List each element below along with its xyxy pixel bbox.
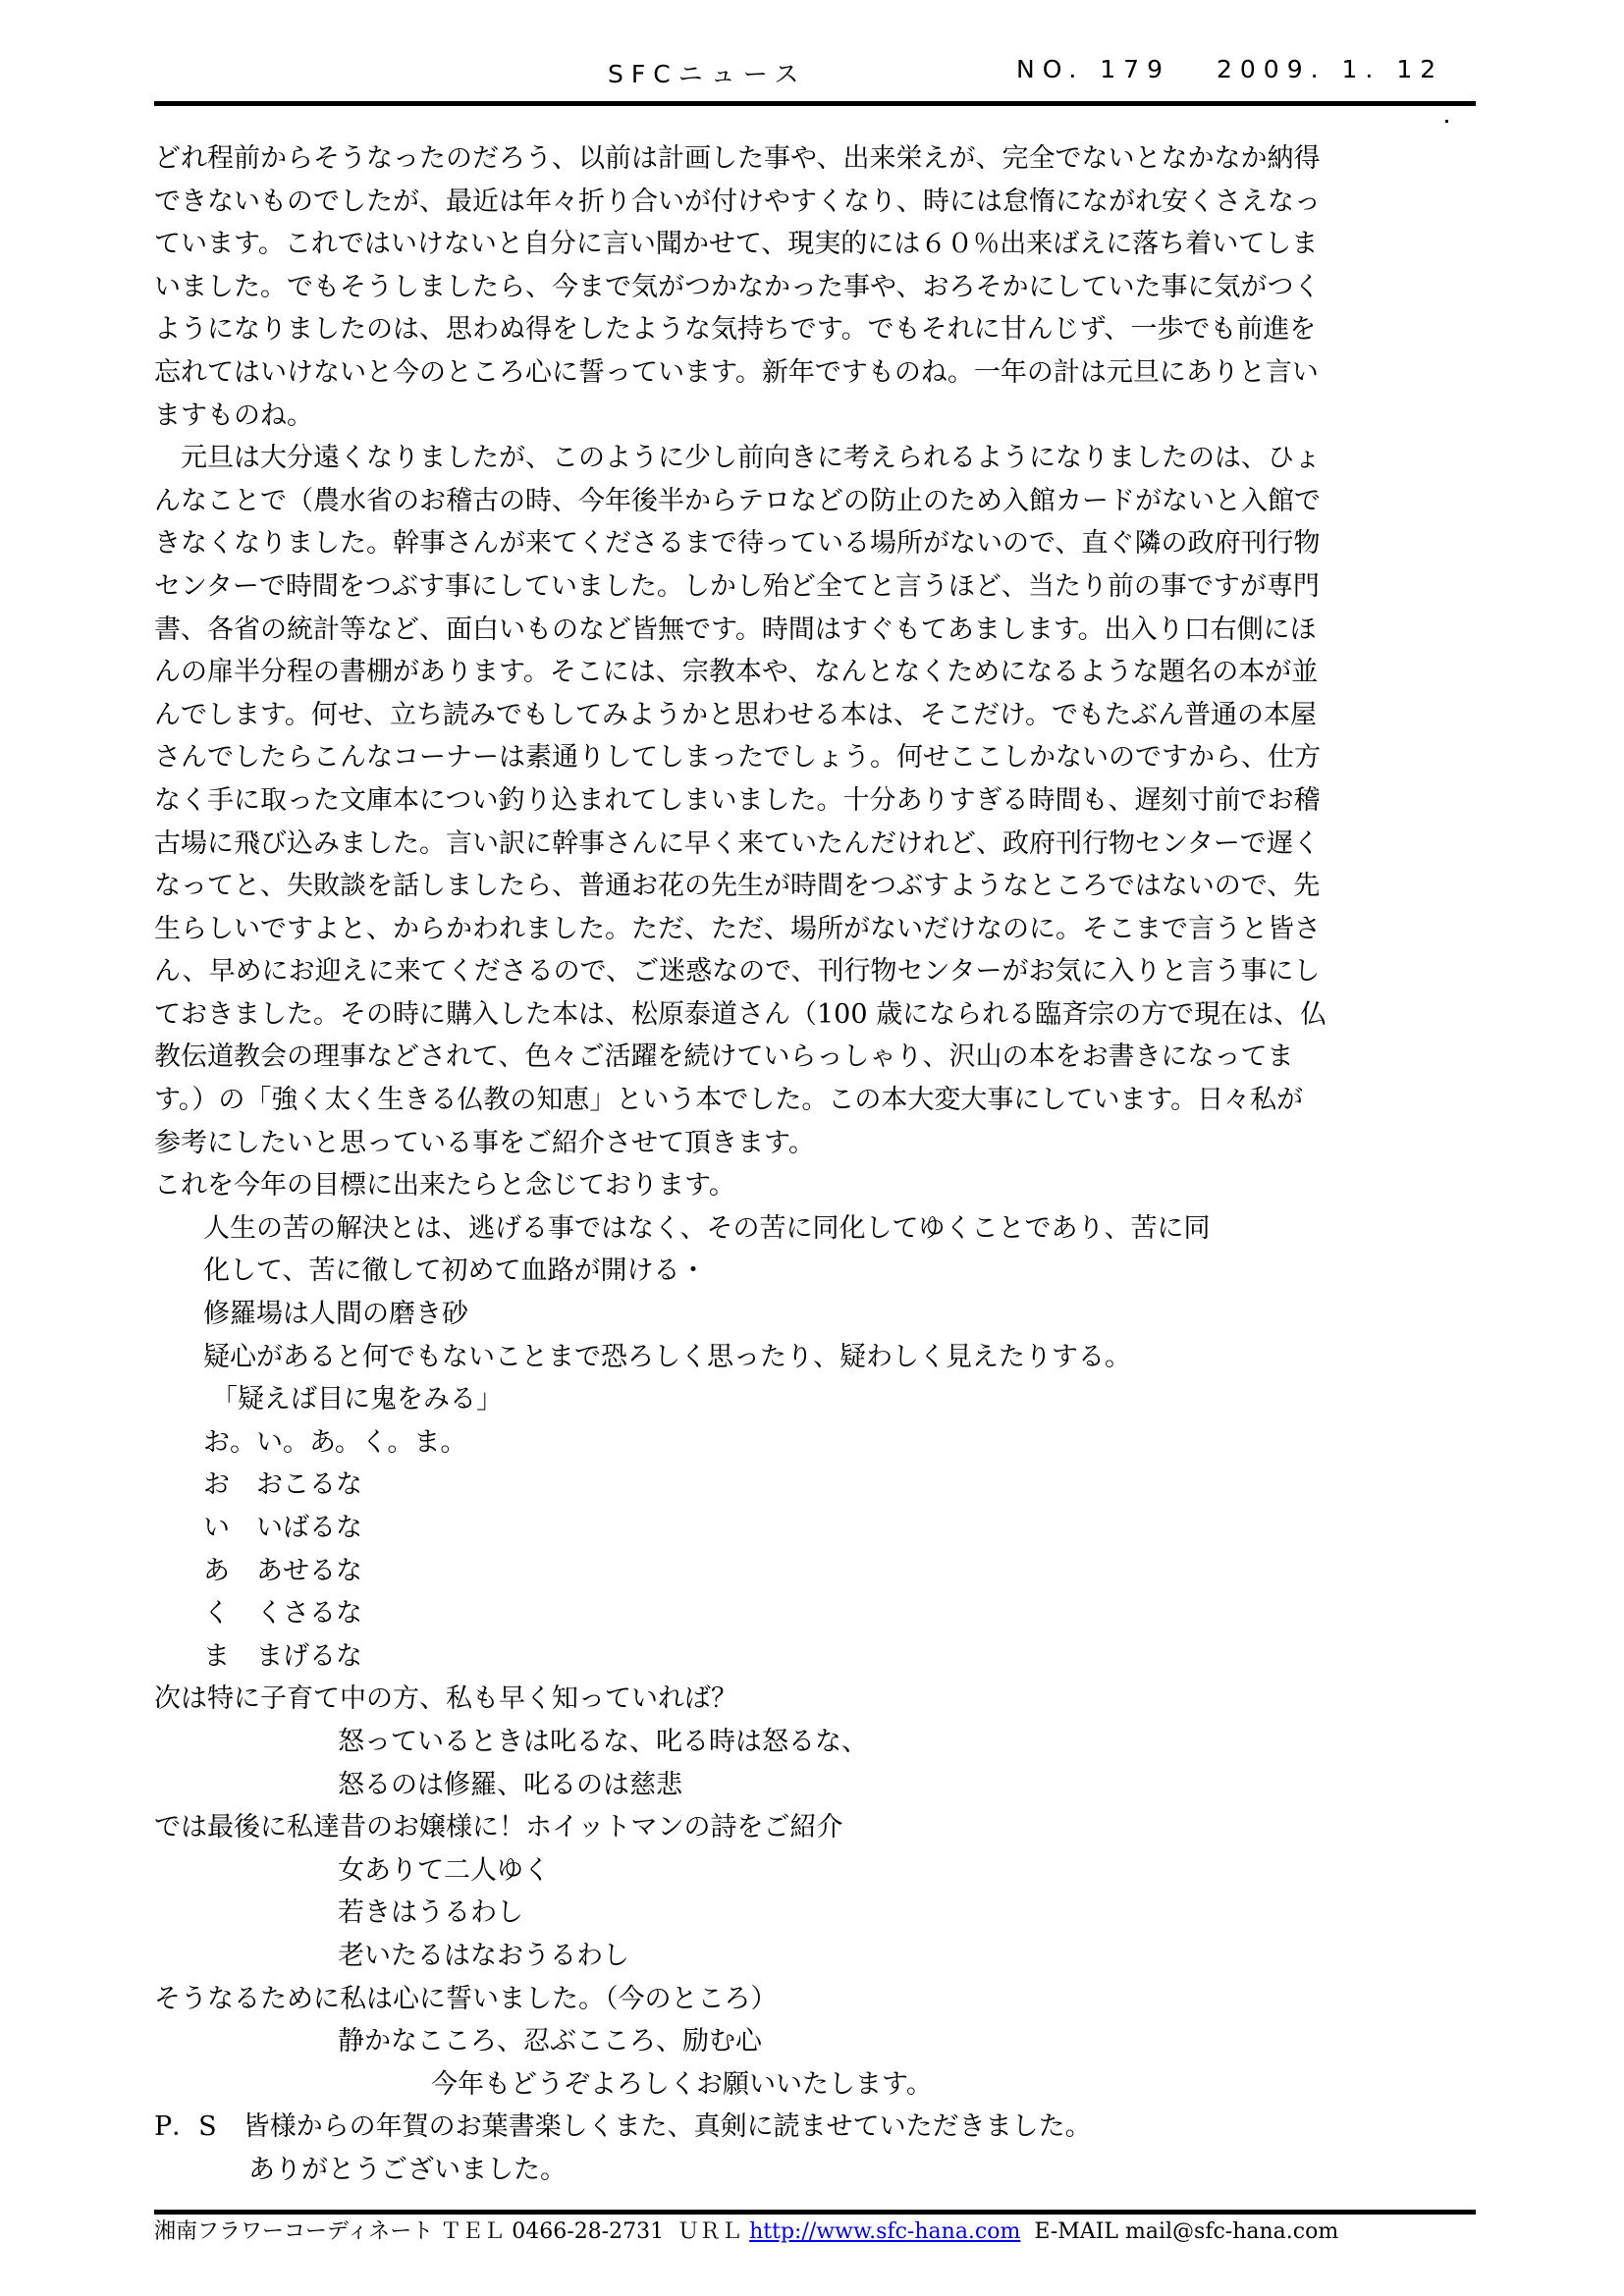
oiakuma-item: あ あせるな xyxy=(154,1550,1476,1593)
email-address: mail@sfc-hana.com xyxy=(1125,2219,1338,2244)
oiakuma-text: まげるな xyxy=(256,1641,362,1672)
header-rule xyxy=(154,101,1476,106)
paragraph-line: 書、各省の統計等など、面白いものなど皆無です。時間はすぐもてあまします。出入り口… xyxy=(154,609,1476,652)
vow-line: 静かなこころ、忍ぶこころ、励む心 xyxy=(154,2020,1476,2063)
paragraph-line: さんでしたらこんなコーナーは素通りしてしまったでしょう。何せここしかないのですか… xyxy=(154,736,1476,779)
paragraph-line: ておきました。その時に購入した本は、松原泰道さん（100 歳になられる臨斉宗の方… xyxy=(154,993,1476,1037)
ps-label: P．S xyxy=(154,2111,217,2142)
paragraph-line: なく手に取った文庫本につい釣り込まれてしまいました。十分ありすぎる時間も、遅刻寸… xyxy=(154,779,1476,823)
paragraph-line: なってと、失敗談を話しましたら、普通お花の先生が時間をつぶすようなところではない… xyxy=(154,865,1476,908)
paragraph-line: 元旦は大分遠くなりましたが、このように少し前向きに考えられるようになりましたのは… xyxy=(154,437,1476,480)
article-body: どれ程前からそうなったのだろう、以前は計画した事や、出来栄えが、完全でないとなか… xyxy=(154,137,1476,2192)
oiakuma-initial: ま xyxy=(203,1641,230,1672)
parenting-intro: 次は特に子育て中の方、私も早く知っていれば？ xyxy=(154,1678,1476,1721)
vow-intro: そうなるために私は心に誓いました。（今のところ） xyxy=(154,1978,1476,2021)
whitman-intro: では最後に私達昔のお嬢様に！ホイットマンの詩をご紹介 xyxy=(154,1806,1476,1849)
issue-date: 2009. 1. 12 xyxy=(1217,55,1443,83)
paragraph-line: ています。これではいけないと自分に言い聞かせて、現実的には６０％出来ばえに落ち着… xyxy=(154,223,1476,266)
oiakuma-initial: お xyxy=(203,1469,230,1500)
paragraph-line: 忘れてはいけないと今のところ心に誓っています。新年ですものね。一年の計は元旦にあ… xyxy=(154,351,1476,395)
oiakuma-text: あせるな xyxy=(256,1556,362,1586)
oiakuma-item: お おこるな xyxy=(154,1464,1476,1507)
oiakuma-item: ま まげるな xyxy=(154,1635,1476,1679)
company-name: 湘南フラワーコーディネート xyxy=(154,2219,433,2244)
page-header: SFCニュース NO. 179 2009. 1. 12 xyxy=(154,51,1476,90)
paragraph-line: 生らしいですよと、からかわれました。ただ、ただ、場所がないだけなのに。そこまで言… xyxy=(154,908,1476,951)
parenting-line: 怒るのは修羅、叱るのは慈悲 xyxy=(154,1764,1476,1807)
url-label: ＵＲＬ xyxy=(677,2219,742,2244)
paragraph-line: 参考にしたいと思っている事をご紹介させて頂きます。 xyxy=(154,1122,1476,1165)
paragraph-line: んの扉半分程の書棚があります。そこには、宗教本や、なんとなくためになるような題名… xyxy=(154,651,1476,694)
paragraph-line: んでします。何せ、立ち読みでもしてみようかと思わせる本は、そこだけ。でもたぶん普… xyxy=(154,694,1476,737)
quote-line: 修羅場は人間の磨き砂 xyxy=(154,1293,1476,1336)
oiakuma-title: お。い。あ。く。ま。 xyxy=(154,1421,1476,1465)
paragraph-line: きなくなりました。幹事さんが来てくださるまで待っている場所がないので、直ぐ隣の政… xyxy=(154,522,1476,565)
oiakuma-initial: く xyxy=(203,1598,230,1629)
parenting-line: 怒っているときは叱るな、叱る時は怒るな、 xyxy=(154,1721,1476,1764)
oiakuma-item: い いばるな xyxy=(154,1507,1476,1550)
quote-line: 疑心があると何でもないことまで恐ろしく思ったり、疑わしく見えたりする。 xyxy=(154,1336,1476,1379)
paragraph-line: 古場に飛び込みました。言い訳に幹事さんに早く来ていたんだけれど、政府刊行物センタ… xyxy=(154,823,1476,866)
oiakuma-text: くさるな xyxy=(256,1598,362,1629)
new-year-greeting: 今年もどうぞよろしくお願いいたします。 xyxy=(154,2063,1476,2107)
tel-label: ＴＥＬ xyxy=(440,2219,505,2244)
paragraph-line: ますものね。 xyxy=(154,395,1476,438)
paragraph-line: センターで時間をつぶす事にしていました。しかし殆ど全てと言うほど、当たり前の事で… xyxy=(154,565,1476,609)
issue-number: NO. 179 xyxy=(1016,55,1170,83)
oiakuma-initial: い xyxy=(203,1513,230,1543)
oiakuma-initial: あ xyxy=(203,1556,230,1586)
postscript: P．S 皆様からの年賀のお葉書楽しくまた、真剣に読ませていただきました。 xyxy=(154,2106,1476,2149)
quote-line: 「疑えば目に鬼をみる」 xyxy=(154,1378,1476,1421)
goal-line: これを今年の目標に出来たらと念じております。 xyxy=(154,1164,1476,1207)
paragraph-line: ようになりましたのは、思わぬ得をしたような気持ちです。でもそれに甘んじず、一歩で… xyxy=(154,308,1476,351)
whitman-line: 女ありて二人ゆく xyxy=(154,1849,1476,1893)
newsletter-title: SFCニュース xyxy=(608,55,806,90)
quote-line: 人生の苦の解決とは、逃げる事ではなく、その苦に同化してゆくことであり、苦に同 xyxy=(154,1207,1476,1251)
tel-number: 0466-28-2731 xyxy=(512,2219,664,2244)
page-footer: 湘南フラワーコーディネート ＴＥＬ 0466-28-2731 ＵＲＬ http:… xyxy=(154,2215,1529,2245)
whitman-line: 若きはうるわし xyxy=(154,1892,1476,1935)
oiakuma-text: おこるな xyxy=(256,1469,362,1500)
whitman-line: 老いたるはなおうるわし xyxy=(154,1935,1476,1978)
website-link[interactable]: http://www.sfc-hana.com xyxy=(749,2219,1020,2244)
paragraph-line: んなことで（農水省のお稽古の時、今年後半からテロなどの防止のため入館カードがない… xyxy=(154,480,1476,523)
paragraph-line: ん、早めにお迎えに来てくださるので、ご迷惑なので、刊行物センターがお気に入りと言… xyxy=(154,950,1476,993)
oiakuma-text: いばるな xyxy=(256,1513,362,1543)
stray-dot xyxy=(1445,120,1448,123)
paragraph-line: 教伝道教会の理事などされて、色々ご活躍を続けていらっしゃり、沢山の本をお書きにな… xyxy=(154,1036,1476,1079)
paragraph-line: どれ程前からそうなったのだろう、以前は計画した事や、出来栄えが、完全でないとなか… xyxy=(154,137,1476,181)
paragraph-line: いました。でもそうしましたら、今まで気がつかなかった事や、おろそかにしていた事に… xyxy=(154,266,1476,309)
quote-line: 化して、苦に徹して初めて血路が開ける・ xyxy=(154,1250,1476,1293)
ps-text: 皆様からの年賀のお葉書楽しくまた、真剣に読ませていただきました。 xyxy=(244,2111,1092,2142)
email-label: E-MAIL xyxy=(1034,2219,1118,2244)
oiakuma-item: く くさるな xyxy=(154,1592,1476,1635)
paragraph-line: できないものでしたが、最近は年々折り合いが付けやすくなり、時には怠惰にながれ安く… xyxy=(154,181,1476,224)
ps-thanks: ありがとうございました。 xyxy=(154,2149,1476,2192)
paragraph-line: す。）の「強く太く生きる仏教の知恵」という本でした。この本大変大事にしています。… xyxy=(154,1079,1476,1122)
